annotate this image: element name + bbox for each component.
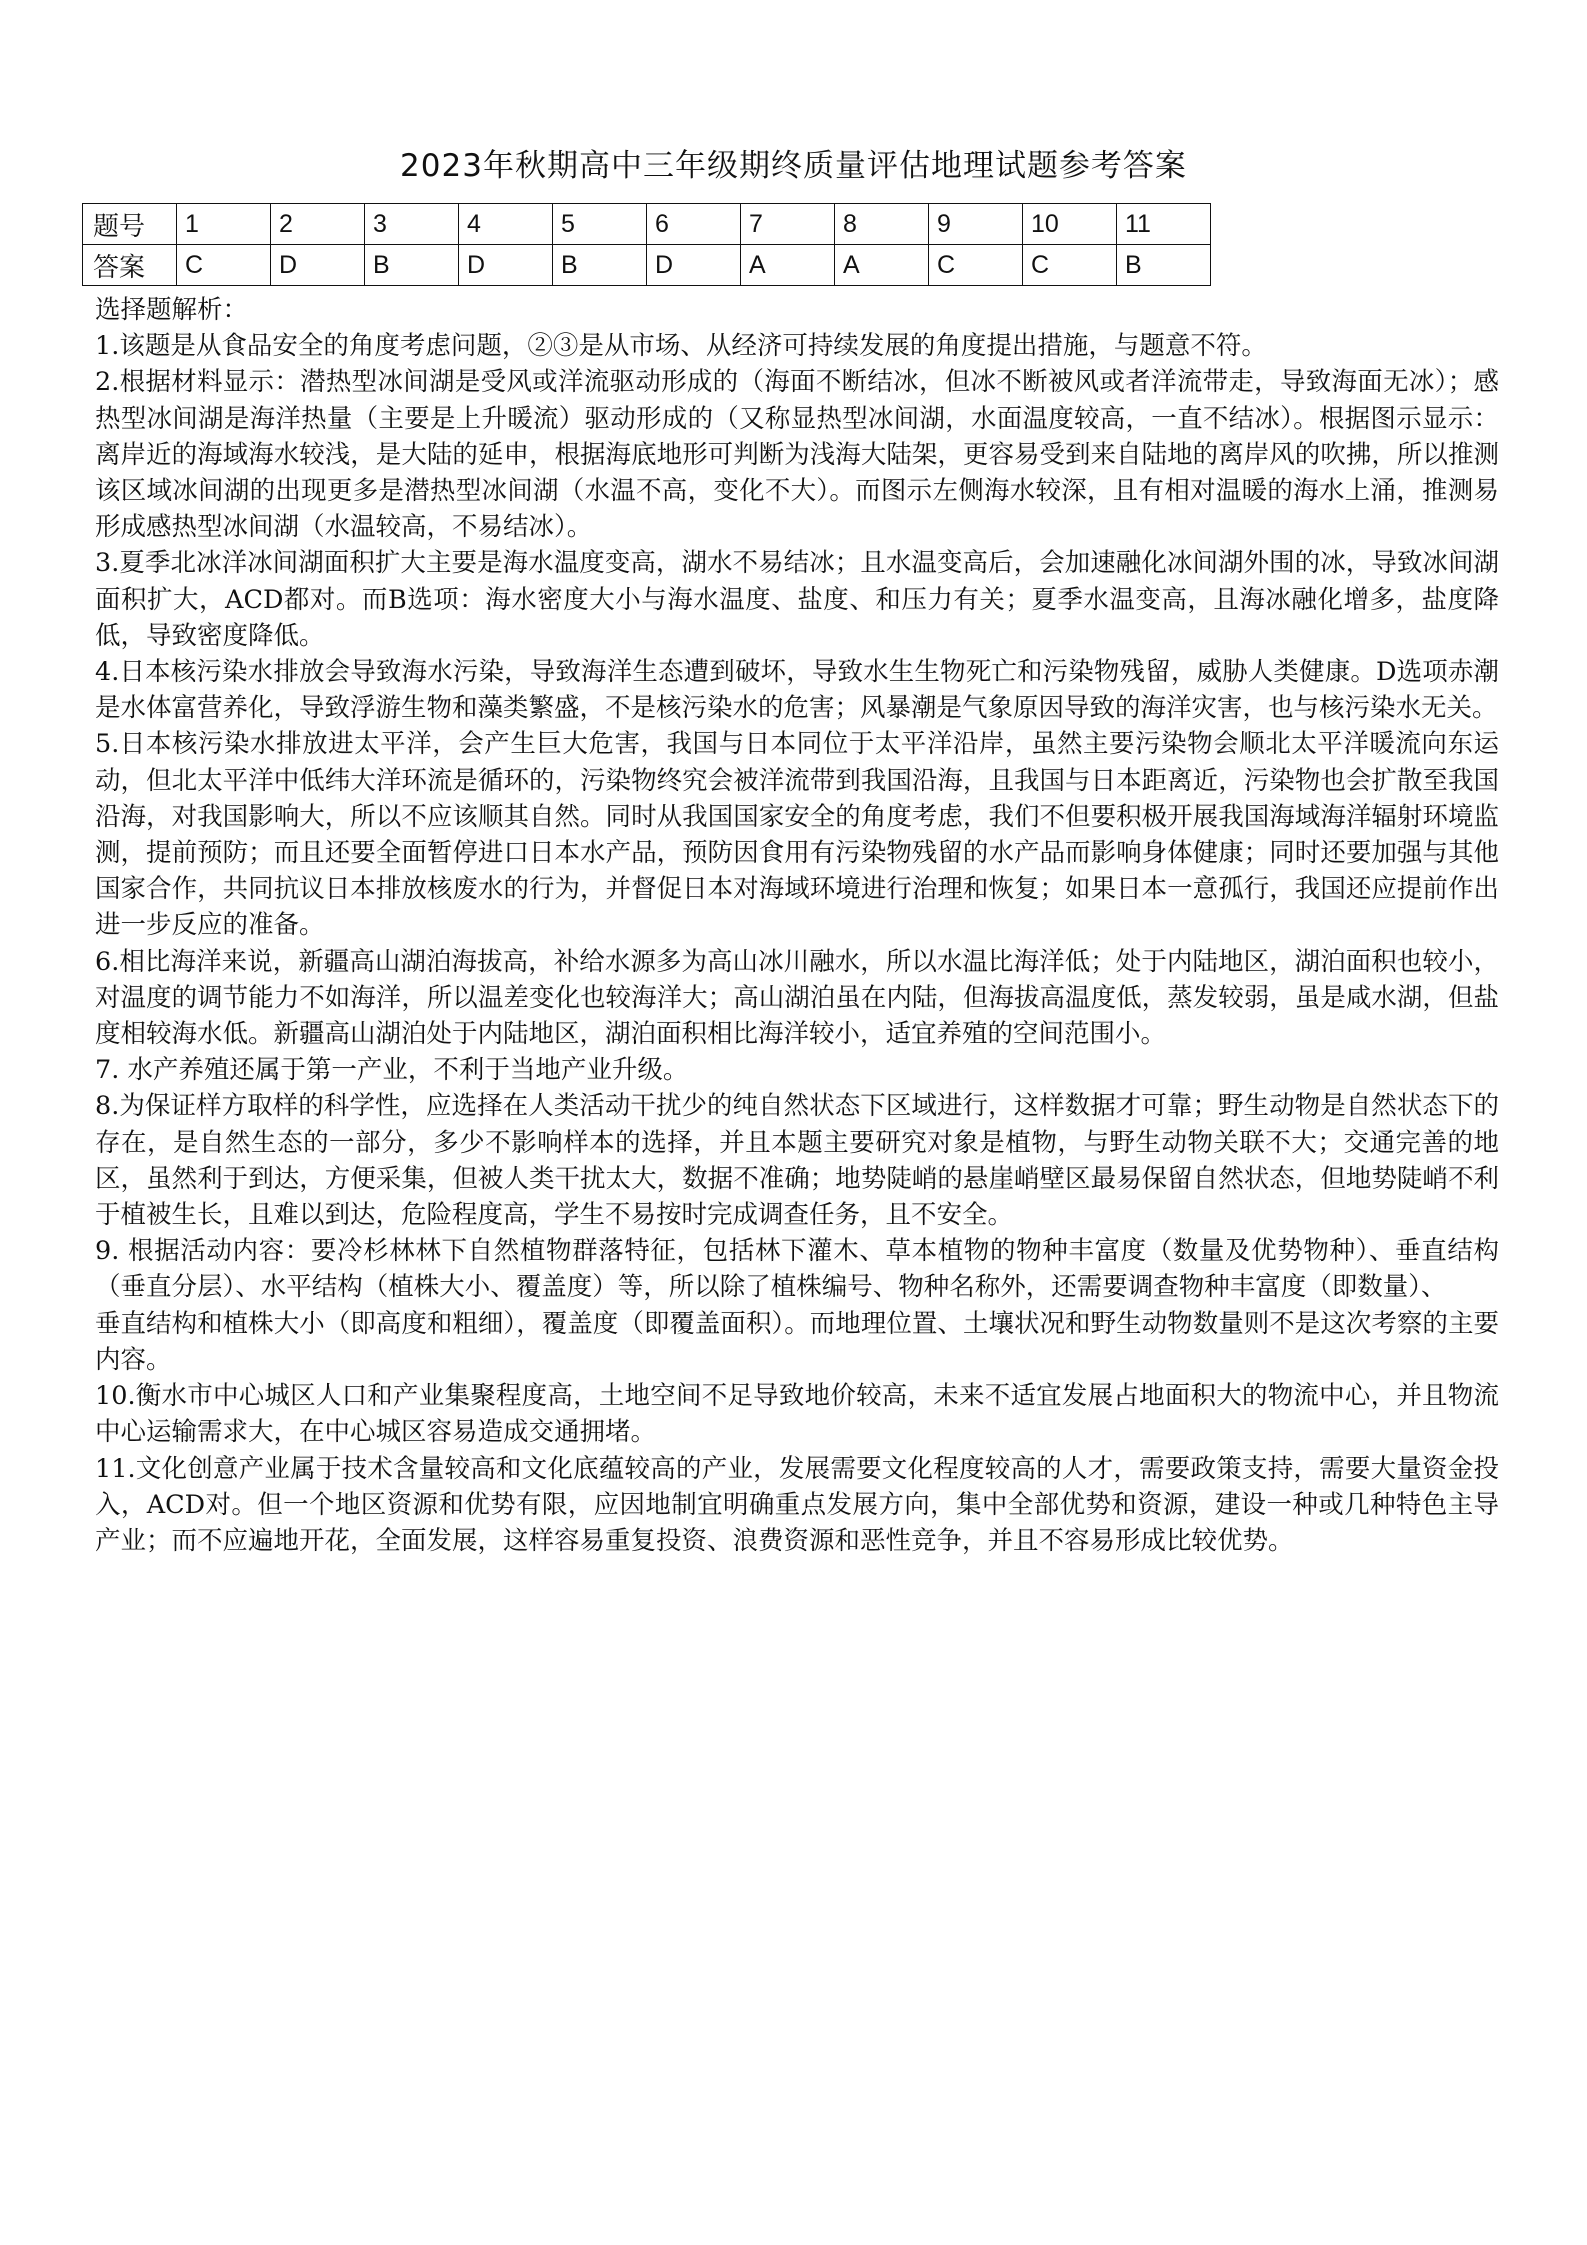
question-number-row: 题号 1 2 3 4 5 6 7 8 9 10 11	[83, 204, 1211, 245]
question-cell: 10	[1023, 204, 1117, 245]
answer-cell: D	[459, 245, 553, 286]
explanation-paragraph: 2.根据材料显示：潜热型冰间湖是受风或洋流驱动形成的（海面不断结冰，但冰不断被风…	[95, 364, 1499, 545]
section-heading: 选择题解析：	[95, 292, 1499, 328]
answer-cell: A	[741, 245, 835, 286]
explanation-paragraph: 8.为保证样方取样的科学性，应选择在人类活动干扰少的纯自然状态下区域进行，这样数…	[95, 1088, 1499, 1233]
question-cell: 8	[835, 204, 929, 245]
row-header-answer: 答案	[83, 245, 177, 286]
answer-cell: C	[177, 245, 271, 286]
answer-cell: C	[1023, 245, 1117, 286]
answer-cell: D	[647, 245, 741, 286]
explanation-paragraph: 垂直结构和植株大小（即高度和粗细），覆盖度（即覆盖面积）。而地理位置、土壤状况和…	[95, 1306, 1499, 1378]
answer-cell: B	[365, 245, 459, 286]
question-cell: 9	[929, 204, 1023, 245]
question-cell: 5	[553, 204, 647, 245]
explanation-paragraph: 4.日本核污染水排放会导致海水污染，导致海洋生态遭到破坏，导致水生生物死亡和污染…	[95, 654, 1499, 726]
explanation-paragraph: 6.相比海洋来说，新疆高山湖泊海拔高，补给水源多为高山冰川融水，所以水温比海洋低…	[95, 944, 1499, 1053]
question-cell: 11	[1117, 204, 1211, 245]
explanations-section: 选择题解析： 1.该题是从食品安全的角度考虑问题，②③是从市场、从经济可持续发展…	[95, 292, 1499, 1559]
row-header-question: 题号	[83, 204, 177, 245]
answer-table: 题号 1 2 3 4 5 6 7 8 9 10 11 答案 C D B D B …	[82, 203, 1211, 286]
answer-cell: A	[835, 245, 929, 286]
explanation-paragraph: 9. 根据活动内容：要冷杉林林下自然植物群落特征，包括林下灌木、草本植物的物种丰…	[95, 1233, 1499, 1305]
answer-row: 答案 C D B D B D A A C C B	[83, 245, 1211, 286]
question-cell: 1	[177, 204, 271, 245]
question-cell: 3	[365, 204, 459, 245]
question-cell: 7	[741, 204, 835, 245]
answer-cell: C	[929, 245, 1023, 286]
explanation-paragraph: 3.夏季北冰洋冰间湖面积扩大主要是海水温度变高，湖水不易结冰；且水温变高后，会加…	[95, 545, 1499, 654]
explanation-paragraph: 5.日本核污染水排放进太平洋，会产生巨大危害，我国与日本同位于太平洋沿岸，虽然主…	[95, 726, 1499, 943]
answer-cell: D	[271, 245, 365, 286]
answer-cell: B	[1117, 245, 1211, 286]
question-cell: 6	[647, 204, 741, 245]
page-title: 2023年秋期高中三年级期终质量评估地理试题参考答案	[0, 140, 1587, 185]
explanation-paragraph: 7. 水产养殖还属于第一产业，不利于当地产业升级。	[95, 1052, 1499, 1088]
explanation-paragraph: 1.该题是从食品安全的角度考虑问题，②③是从市场、从经济可持续发展的角度提出措施…	[95, 328, 1499, 364]
explanation-paragraph: 11.文化创意产业属于技术含量较高和文化底蕴较高的产业，发展需要文化程度较高的人…	[95, 1451, 1499, 1560]
question-cell: 2	[271, 204, 365, 245]
explanation-paragraph: 10.衡水市中心城区人口和产业集聚程度高，土地空间不足导致地价较高，未来不适宜发…	[95, 1378, 1499, 1450]
question-cell: 4	[459, 204, 553, 245]
answer-cell: B	[553, 245, 647, 286]
